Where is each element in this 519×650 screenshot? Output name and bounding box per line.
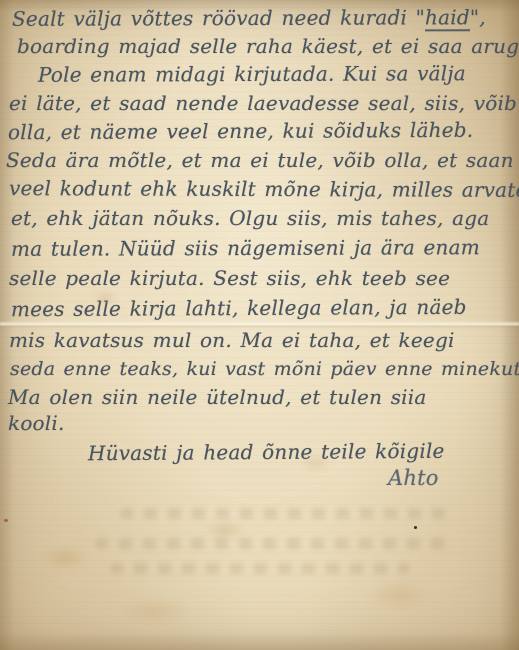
letter-page: Sealt välja võttes röövad need kuradi "h… bbox=[0, 0, 519, 650]
handwriting-line-11: mees selle kirja lahti, kellega elan, ja… bbox=[11, 295, 467, 321]
paper-stain bbox=[120, 598, 190, 624]
handwriting-line-9: ma tulen. Nüüd siis nägemiseni ja ära en… bbox=[11, 235, 480, 261]
paper-stain bbox=[42, 545, 88, 571]
handwriting-line-5: olla, et näeme veel enne, kui sõiduks lä… bbox=[8, 118, 473, 144]
signature: Ahto bbox=[388, 466, 439, 490]
line-1-text-post: ", bbox=[470, 5, 486, 29]
red-speck bbox=[4, 519, 8, 522]
ink-speck bbox=[414, 526, 417, 529]
handwriting-line-10: selle peale kirjuta. Sest siis, ehk teeb… bbox=[9, 266, 450, 290]
handwriting-line-4: ei läte, et saad nende laevadesse seal, … bbox=[9, 91, 517, 115]
ink-bleedthrough-band bbox=[120, 508, 450, 519]
ink-bleedthrough-band bbox=[110, 563, 410, 574]
handwriting-line-2: boarding majad selle raha käest, et ei s… bbox=[17, 34, 519, 58]
paper-stain bbox=[92, 290, 118, 306]
handwriting-line-13: seda enne teaks, kui vast mõni päev enne… bbox=[10, 358, 519, 380]
handwriting-line-6: Seda ära mõtle, et ma ei tule, võib olla… bbox=[6, 148, 514, 172]
closing-line: Hüvasti ja head õnne teile kõigile bbox=[88, 439, 445, 465]
underlined-word: haid bbox=[425, 5, 470, 31]
handwriting-line-15: kooli. bbox=[8, 411, 65, 435]
handwriting-line-14: Ma olen siin neile ütelnud, et tulen sii… bbox=[8, 385, 427, 409]
handwriting-line-1: Sealt välja võttes röövad need kuradi "h… bbox=[12, 5, 486, 31]
fold-crease bbox=[0, 321, 519, 328]
paper-stain bbox=[300, 455, 330, 471]
handwriting-line-3: Pole enam midagi kirjutada. Kui sa välja bbox=[38, 61, 466, 86]
ink-bleedthrough-band bbox=[95, 538, 455, 549]
line-1-text-pre: Sealt välja võttes röövad need kuradi " bbox=[12, 5, 425, 30]
handwriting-line-7: veel kodunt ehk kuskilt mõne kirja, mill… bbox=[9, 176, 519, 202]
handwriting-line-12: mis kavatsus mul on. Ma ei taha, et keeg… bbox=[9, 328, 455, 352]
handwriting-line-8: et, ehk jätan nõuks. Olgu siis, mis tahe… bbox=[11, 206, 489, 230]
paper-stain bbox=[205, 520, 245, 540]
paper-stain bbox=[370, 580, 430, 610]
